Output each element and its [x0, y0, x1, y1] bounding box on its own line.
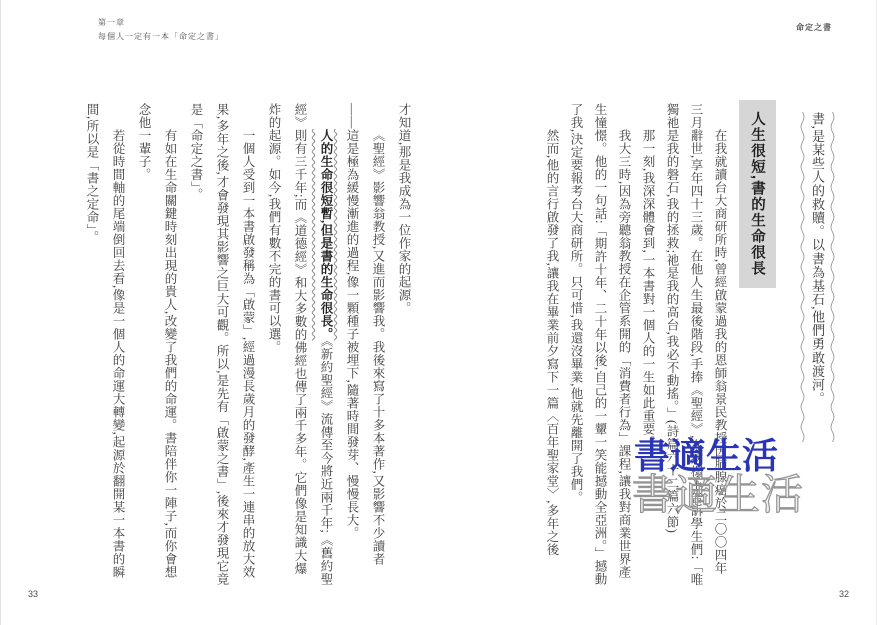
- wavy-rule-icon: [799, 112, 806, 442]
- emphasized-text: 人的生命很短暫,但是書的生命很長。: [319, 129, 333, 341]
- section-heading: 人生很短,書的生命很長: [739, 100, 776, 288]
- running-head-left: 第一章 每個人一定有一本「命定之書」: [98, 16, 224, 45]
- paragraph: 才知道,那是我成為一位作家的起源。: [391, 103, 417, 586]
- paragraph: 一個人受到一本書啟發稱為「啟蒙」,經過漫長歲月的發酵,產生一連串的放大效果,多年…: [183, 103, 261, 586]
- wavy-rule-icon: [829, 112, 836, 442]
- paragraph: 《聖經》影響翁教授,又進而影響我。我後來寫了十多本著作,又影響不少讀者——這是極…: [339, 103, 391, 586]
- left-page-body: 才知道,那是我成為一位作家的起源。 《聖經》影響翁教授,又進而影響我。我後來寫了…: [79, 103, 417, 586]
- paragraph: 若從時間軸的尾端倒回去看,像是一個人的命運大轉變,起源於翻開某一本書的瞬間,所以…: [79, 103, 131, 586]
- book-spread: 第一章 每個人一定有一本「命定之書」 命定之書 書,是某些人的救贖。以書為基石,…: [0, 0, 877, 625]
- chapter-title: 每個人一定有一本「命定之書」: [98, 30, 224, 44]
- page-number-right: 32: [839, 589, 849, 599]
- epigraph: 書,是某些人的救贖。以書為基石,他們勇敢渡河。: [799, 112, 836, 442]
- paragraph: 在我就讀台大商研所時,曾經啟蒙過我的恩師翁景民教授因肺腺癌於二〇〇四年三月辭世,…: [660, 103, 732, 586]
- epigraph-text: 書,是某些人的救贖。以書為基石,他們勇敢渡河。: [808, 112, 827, 438]
- chapter-label: 第一章: [98, 16, 224, 30]
- running-head-right: 命定之書: [796, 22, 832, 33]
- page-number-left: 33: [28, 589, 38, 599]
- paragraph: 那一刻,我深深體會到,一本書對一個人的一生如此重要。: [636, 103, 660, 586]
- paragraph: 然而,他的言行啟發了我,讓我在畢業前夕寫下一篇〈百年聖家堂〉,多年之後: [540, 103, 564, 586]
- paragraph: 有如在生命關鍵時刻出現的貴人,改變了我們的命運。書陪伴你一陣子,而你會想念他一輩…: [131, 103, 183, 586]
- right-page-body: 在我就讀台大商研所時,曾經啟蒙過我的恩師翁景民教授因肺腺癌於二〇〇四年三月辭世,…: [540, 103, 732, 586]
- paragraph: 我大三時,因為旁聽翁教授在企管系開的「消費者行為」課程,讓我對商業世界產生憧憬。…: [564, 103, 636, 586]
- paragraph: 人的生命很短暫,但是書的生命很長。《新約聖經》流傳至今將近兩千年;《舊約聖經》則…: [261, 103, 339, 586]
